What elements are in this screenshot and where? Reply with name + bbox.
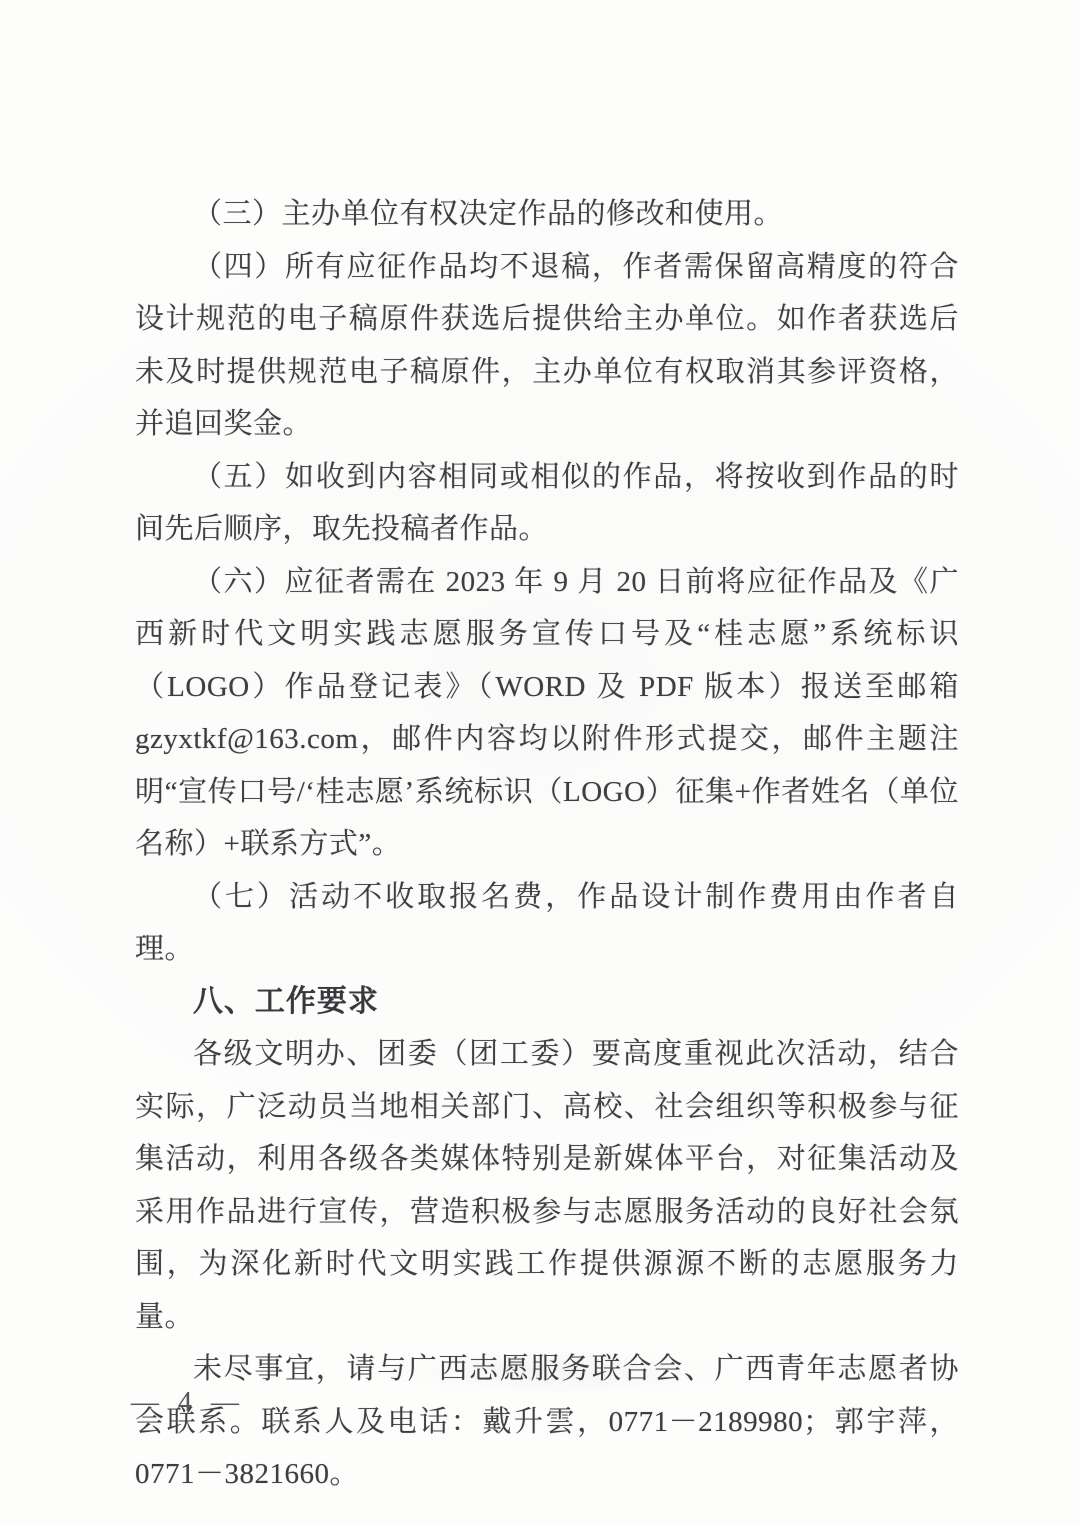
section-heading-work-requirements: 八、工作要求 (135, 976, 959, 1029)
paragraph-clause-3: （三）主办单位有权决定作品的修改和使用。 (135, 188, 959, 241)
paragraph-clause-5: （五）如收到内容相同或相似的作品，将按收到作品的时间先后顺序，取先投稿者作品。 (135, 451, 959, 556)
paragraph-clause-7: （七）活动不收取报名费，作品设计制作费用由作者自理。 (135, 871, 959, 976)
page-number: — 4 — (131, 1383, 245, 1423)
paragraph-clause-4: （四）所有应征作品均不退稿，作者需保留高精度的符合设计规范的电子稿原件获选后提供… (135, 241, 959, 451)
paragraph-contact-info: 未尽事宜，请与广西志愿服务联合会、广西青年志愿者协会联系。联系人及电话：戴升雲，… (135, 1343, 959, 1501)
document-page: （三）主办单位有权决定作品的修改和使用。 （四）所有应征作品均不退稿，作者需保留… (0, 0, 1080, 1526)
paragraph-work-requirements-body: 各级文明办、团委（团工委）要高度重视此次活动，结合实际，广泛动员当地相关部门、高… (135, 1028, 959, 1343)
paragraph-clause-6: （六）应征者需在 2023 年 9 月 20 日前将应征作品及《广西新时代文明实… (135, 556, 959, 871)
document-content: （三）主办单位有权决定作品的修改和使用。 （四）所有应征作品均不退稿，作者需保留… (135, 188, 959, 1501)
